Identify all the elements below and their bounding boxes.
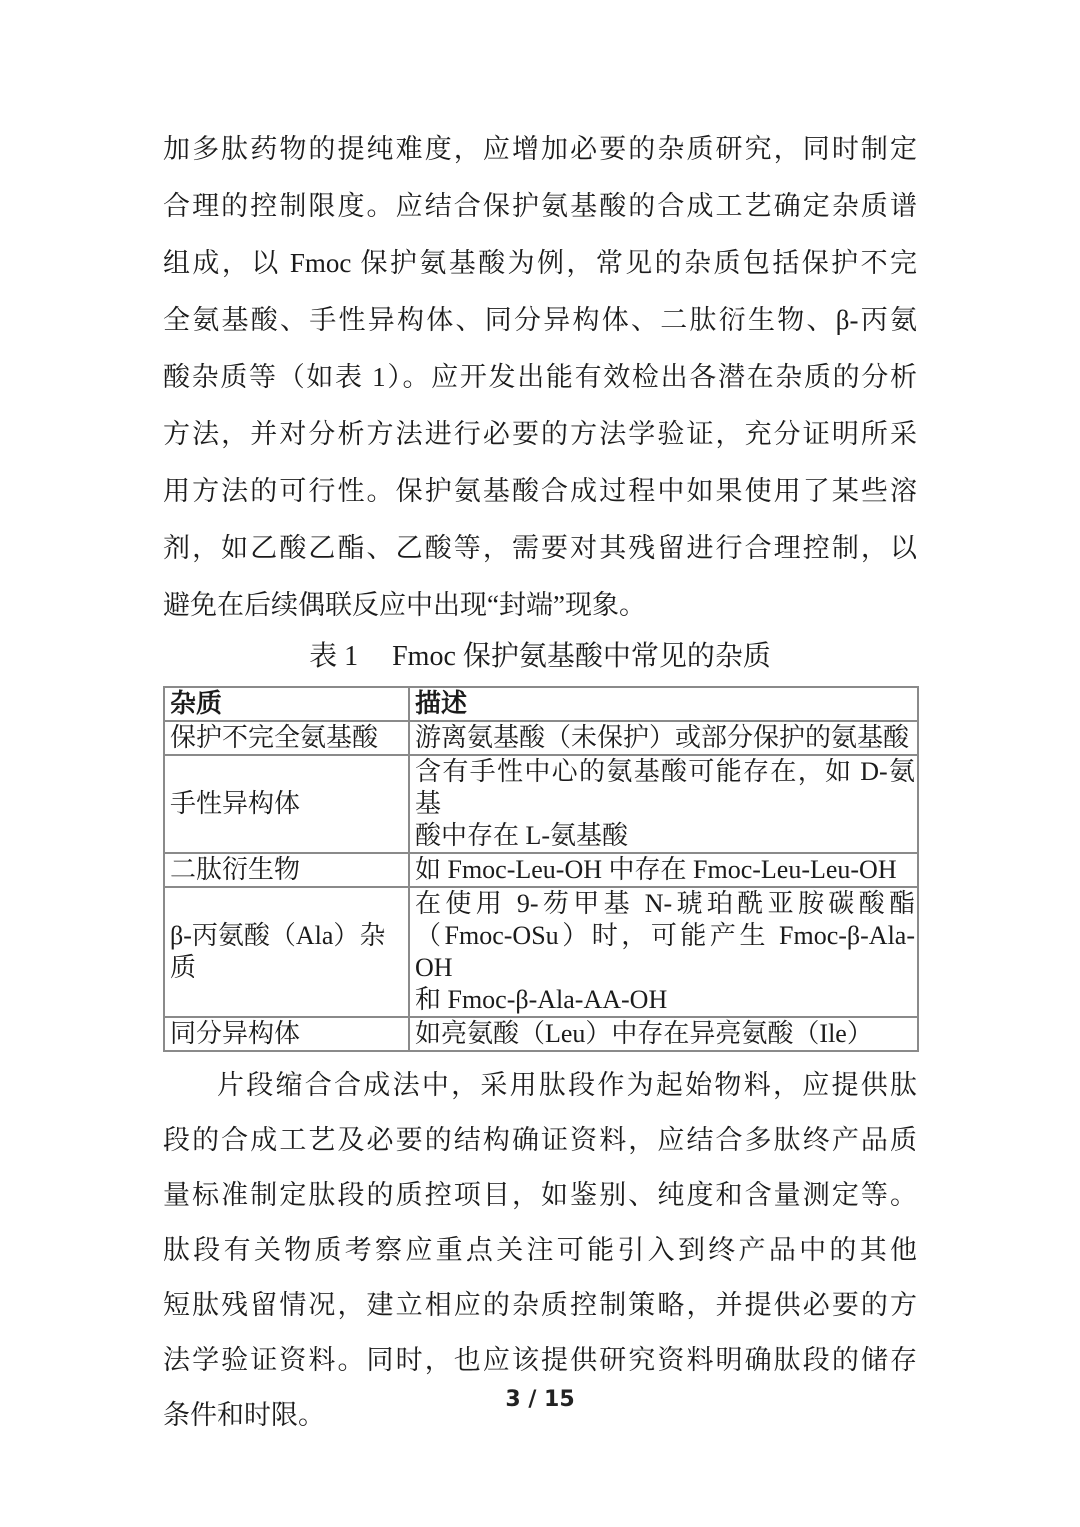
cell-text: 保护不完全氨基酸 [170,722,406,754]
table-row: 二肽衍生物 如 Fmoc-Leu-OH 中存在 Fmoc-Leu-Leu-OH [164,853,918,887]
cell-text: β-丙氨酸（Ala）杂质 [170,920,406,984]
text-line: 用方法的可行性。保护氨基酸合成过程中如果使用了某些溶 [163,463,917,520]
table-caption: 表 1Fmoc 保护氨基酸中常见的杂质 [163,634,917,680]
impurity-cell: 同分异构体 [164,1017,409,1051]
text-line: 剂，如乙酸乙酯、乙酸等，需要对其残留进行合理控制，以 [163,520,917,577]
description-cell: 游离氨基酸（未保护）或部分保护的氨基酸 [409,721,918,755]
page-number: 3 / 15 [0,1387,1080,1412]
cell-text: （Fmoc-OSu）时，可能产生 Fmoc-β-Ala-OH [415,920,915,984]
text-line: 避免在后续偶联反应中出现“封端”现象。 [163,577,917,634]
table-row: 手性异构体 含有手性中心的氨基酸可能存在，如 D-氨基 酸中存在 L-氨基酸 [164,755,918,853]
impurity-cell: 二肽衍生物 [164,853,409,887]
impurity-cell: β-丙氨酸（Ala）杂质 [164,887,409,1017]
text-line: 片段缩合合成法中，采用肽段作为起始物料，应提供肽 [163,1058,917,1113]
text-line: 短肽残留情况，建立相应的杂质控制策略，并提供必要的方 [163,1278,917,1333]
description-cell: 如 Fmoc-Leu-OH 中存在 Fmoc-Leu-Leu-OH [409,853,918,887]
impurity-cell: 保护不完全氨基酸 [164,721,409,755]
table-header-row: 杂质 描述 [164,687,918,721]
text-line: 法学验证资料。同时，也应该提供研究资料明确肽段的储存 [163,1333,917,1388]
text-line: 方法，并对分析方法进行必要的方法学验证，充分证明所采 [163,406,917,463]
text-line: 量标准制定肽段的质控项目，如鉴别、纯度和含量测定等。 [163,1168,917,1223]
cell-text: 手性异构体 [170,788,406,820]
cell-text: 酸中存在 L-氨基酸 [415,820,915,852]
description-cell: 在使用 9-芴甲基 N-琥珀酰亚胺碳酸酯 （Fmoc-OSu）时，可能产生 Fm… [409,887,918,1017]
document-page: 加多肽药物的提纯难度，应增加必要的杂质研究，同时制定 合理的控制限度。应结合保护… [0,0,1080,1527]
text-line: 全氨基酸、手性异构体、同分异构体、二肽衍生物、β-丙氨 [163,292,917,349]
table-row: β-丙氨酸（Ala）杂质 在使用 9-芴甲基 N-琥珀酰亚胺碳酸酯 （Fmoc-… [164,887,918,1017]
impurity-cell: 手性异构体 [164,755,409,853]
column-header-description: 描述 [409,687,918,721]
table-row: 同分异构体 如亮氨酸（Leu）中存在异亮氨酸（Ile） [164,1017,918,1051]
cell-text: 游离氨基酸（未保护）或部分保护的氨基酸 [415,722,915,754]
table-row: 保护不完全氨基酸 游离氨基酸（未保护）或部分保护的氨基酸 [164,721,918,755]
page-content: 加多肽药物的提纯难度，应增加必要的杂质研究，同时制定 合理的控制限度。应结合保护… [163,121,917,1443]
text-line: 加多肽药物的提纯难度，应增加必要的杂质研究，同时制定 [163,121,917,178]
cell-text: 如亮氨酸（Leu）中存在异亮氨酸（Ile） [415,1018,915,1050]
cell-text: 二肽衍生物 [170,854,406,886]
text-line: 组成，以 Fmoc 保护氨基酸为例，常见的杂质包括保护不完 [163,235,917,292]
paragraph-2: 片段缩合合成法中，采用肽段作为起始物料，应提供肽 段的合成工艺及必要的结构确证资… [163,1058,917,1443]
text-line: 段的合成工艺及必要的结构确证资料，应结合多肽终产品质 [163,1113,917,1168]
text-line: 肽段有关物质考察应重点关注可能引入到终产品中的其他 [163,1223,917,1278]
cell-text: 如 Fmoc-Leu-OH 中存在 Fmoc-Leu-Leu-OH [415,854,915,886]
cell-text: 在使用 9-芴甲基 N-琥珀酰亚胺碳酸酯 [415,888,915,920]
cell-text: 含有手性中心的氨基酸可能存在，如 D-氨基 [415,756,915,820]
description-cell: 含有手性中心的氨基酸可能存在，如 D-氨基 酸中存在 L-氨基酸 [409,755,918,853]
description-cell: 如亮氨酸（Leu）中存在异亮氨酸（Ile） [409,1017,918,1051]
cell-text: 和 Fmoc-β-Ala-AA-OH [415,984,915,1016]
text-line: 合理的控制限度。应结合保护氨基酸的合成工艺确定杂质谱 [163,178,917,235]
text-line: 酸杂质等（如表 1）。应开发出能有效检出各潜在杂质的分析 [163,349,917,406]
cell-text: 同分异构体 [170,1018,406,1050]
impurity-table: 杂质 描述 保护不完全氨基酸 游离氨基酸（未保护）或部分保护的氨基酸 手性异构体… [163,686,919,1052]
table-caption-label: 表 1 [309,641,358,672]
paragraph-1: 加多肽药物的提纯难度，应增加必要的杂质研究，同时制定 合理的控制限度。应结合保护… [163,121,917,634]
table-caption-title: Fmoc 保护氨基酸中常见的杂质 [392,641,771,672]
column-header-impurity: 杂质 [164,687,409,721]
